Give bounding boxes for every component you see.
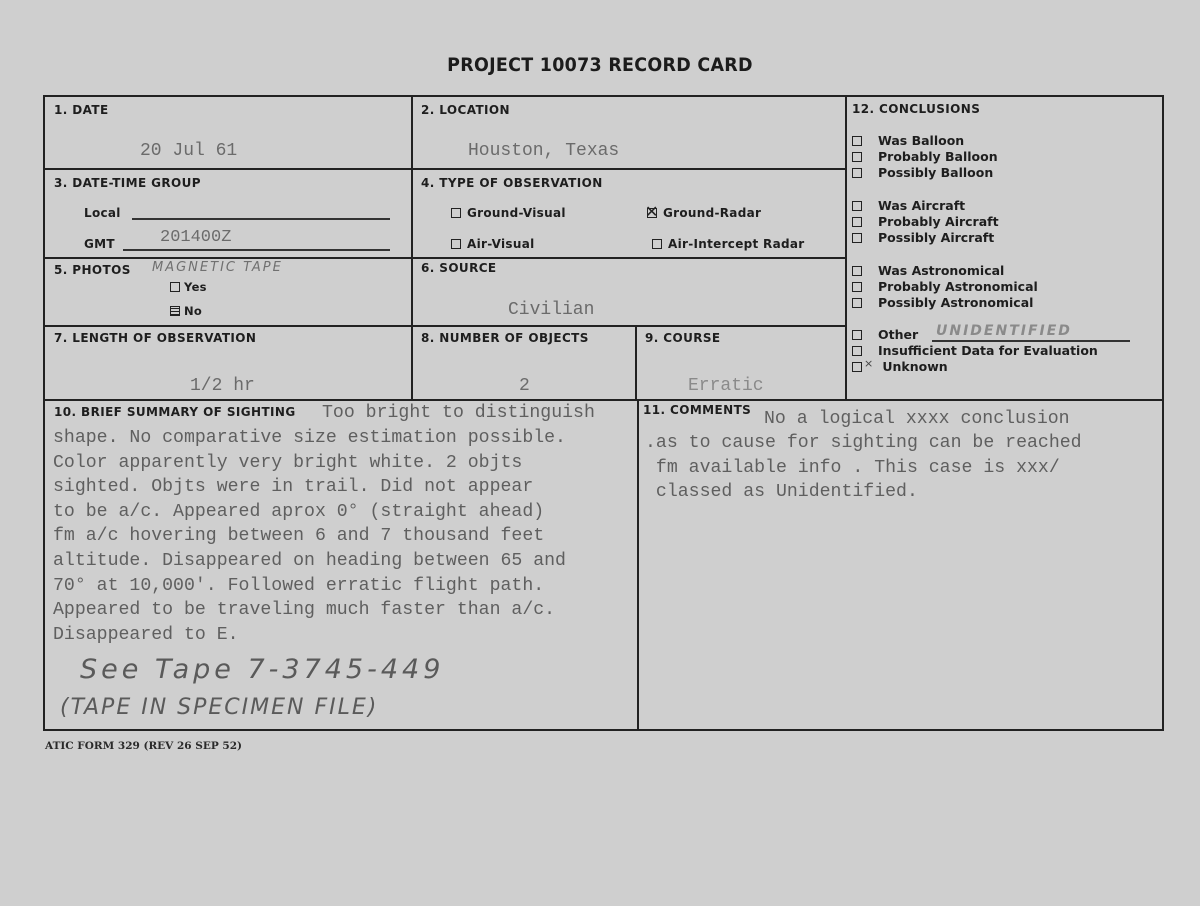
summary-line: to be a/c. Appeared aprox 0° (straight a… xyxy=(53,500,566,525)
date-value: 20 Jul 61 xyxy=(140,141,237,161)
checked-checkbox-icon xyxy=(170,306,180,316)
summary-handwritten-line-1: See Tape 7-3745-449 xyxy=(80,654,444,685)
conclusion-unknown[interactable]: × Unknown xyxy=(852,359,1098,375)
row-divider xyxy=(43,168,846,170)
checkbox-icon xyxy=(852,136,862,146)
gmt-input-line xyxy=(123,249,390,251)
conclusions-group-other: Other UNIDENTIFIED Insufficient Data for… xyxy=(852,327,1098,375)
comments-line: .as to cause for sighting can be reached xyxy=(645,431,1082,456)
summary-line: shape. No comparative size estimation po… xyxy=(53,426,566,451)
source-label: 6. SOURCE xyxy=(421,261,497,275)
border-right xyxy=(1162,95,1164,731)
option-photos-no[interactable]: No xyxy=(170,304,202,318)
row-divider xyxy=(43,325,846,327)
date-time-group-label: 3. DATE-TIME GROUP xyxy=(54,176,201,190)
border-top xyxy=(43,95,1164,97)
conclusion-was-astronomical[interactable]: Was Astronomical xyxy=(852,263,1038,279)
row-divider xyxy=(43,257,846,259)
date-label: 1. DATE xyxy=(54,103,109,117)
checkbox-icon xyxy=(170,282,180,292)
gmt-label: GMT xyxy=(84,237,115,251)
col-divider xyxy=(845,95,847,400)
conclusions-group-aircraft: Was Aircraft Probably Aircraft Possibly … xyxy=(852,198,999,246)
checked-checkbox-icon: ✕ xyxy=(647,208,657,218)
option-air-visual[interactable]: Air-Visual xyxy=(451,237,535,251)
comments-line: fm available info . This case is xxx/ xyxy=(645,456,1082,481)
checkbox-icon xyxy=(451,239,461,249)
summary-body: shape. No comparative size estimation po… xyxy=(53,426,566,647)
summary-handwritten-line-2: (TAPE IN SPECIMEN FILE) xyxy=(60,695,378,720)
course-value: Erratic xyxy=(688,376,764,396)
other-handwritten-value: UNIDENTIFIED xyxy=(936,323,1072,339)
conclusions-group-astronomical: Was Astronomical Probably Astronomical P… xyxy=(852,263,1038,311)
conclusion-possibly-astronomical[interactable]: Possibly Astronomical xyxy=(852,295,1038,311)
conclusion-possibly-aircraft[interactable]: Possibly Aircraft xyxy=(852,230,999,246)
conclusion-insufficient-data[interactable]: Insufficient Data for Evaluation xyxy=(852,343,1098,359)
summary-line: 70° at 10,000'. Followed erratic flight … xyxy=(53,574,566,599)
summary-line: Disappeared to E. xyxy=(53,623,566,648)
conclusions-group-balloon: Was Balloon Probably Balloon Possibly Ba… xyxy=(852,133,998,181)
summary-first-line: Too bright to distinguish xyxy=(322,401,595,426)
card-title: PROJECT 10073 RECORD CARD xyxy=(48,54,1152,76)
conclusion-probably-astronomical[interactable]: Probably Astronomical xyxy=(852,279,1038,295)
summary-label: 10. BRIEF SUMMARY OF SIGHTING xyxy=(54,405,296,419)
source-value: Civilian xyxy=(508,300,594,320)
row-divider xyxy=(43,399,1164,401)
location-label: 2. LOCATION xyxy=(421,103,510,117)
checkbox-icon xyxy=(852,346,862,356)
border-left xyxy=(43,95,45,731)
checkbox-icon xyxy=(852,233,862,243)
length-of-observation-label: 7. LENGTH OF OBSERVATION xyxy=(54,331,256,345)
local-input-line xyxy=(132,218,390,220)
border-bottom xyxy=(43,729,1164,731)
summary-line: Color apparently very bright white. 2 ob… xyxy=(53,451,566,476)
option-air-intercept-radar[interactable]: Air-Intercept Radar xyxy=(652,237,805,251)
conclusion-probably-aircraft[interactable]: Probably Aircraft xyxy=(852,214,999,230)
conclusion-other[interactable]: Other UNIDENTIFIED xyxy=(852,327,1098,343)
summary-line: fm a/c hovering between 6 and 7 thousand… xyxy=(53,524,566,549)
gmt-value: 201400Z xyxy=(160,228,231,247)
summary-line: Appeared to be traveling much faster tha… xyxy=(53,598,566,623)
checkbox-icon xyxy=(652,239,662,249)
type-of-observation-label: 4. TYPE OF OBSERVATION xyxy=(421,176,603,190)
option-photos-yes[interactable]: Yes xyxy=(170,280,207,294)
local-label: Local xyxy=(84,206,121,220)
checkbox-icon xyxy=(852,152,862,162)
comments-body: .as to cause for sighting can be reached… xyxy=(645,431,1082,505)
conclusions-label: 12. CONCLUSIONS xyxy=(852,102,980,116)
length-of-observation-value: 1/2 hr xyxy=(190,376,255,396)
checkbox-icon xyxy=(852,217,862,227)
col-divider xyxy=(635,325,637,400)
form-number: ATIC FORM 329 (REV 26 SEP 52) xyxy=(45,740,242,752)
comments-label: 11. COMMENTS xyxy=(643,403,751,417)
option-ground-visual[interactable]: Ground-Visual xyxy=(451,206,566,220)
checked-checkbox-icon xyxy=(852,362,862,372)
photos-handwritten-note: MAGNETIC TAPE xyxy=(152,260,283,275)
photos-label: 5. PHOTOS xyxy=(54,263,131,277)
number-of-objects-label: 8. NUMBER OF OBJECTS xyxy=(421,331,589,345)
other-input-line xyxy=(932,340,1130,342)
number-of-objects-value: 2 xyxy=(519,376,530,396)
option-ground-radar[interactable]: ✕Ground-Radar xyxy=(647,206,761,220)
comments-first-line: No a logical xxxx conclusion xyxy=(764,407,1070,432)
col-divider xyxy=(411,95,413,400)
checkbox-icon xyxy=(852,282,862,292)
summary-line: sighted. Objts were in trail. Did not ap… xyxy=(53,475,566,500)
conclusion-was-aircraft[interactable]: Was Aircraft xyxy=(852,198,999,214)
checkbox-icon xyxy=(852,330,862,340)
location-value: Houston, Texas xyxy=(468,141,619,161)
checkbox-icon xyxy=(852,266,862,276)
checkbox-icon xyxy=(852,298,862,308)
summary-line: altitude. Disappeared on heading between… xyxy=(53,549,566,574)
checkbox-icon xyxy=(852,201,862,211)
x-mark-icon: × xyxy=(864,356,873,372)
conclusion-was-balloon[interactable]: Was Balloon xyxy=(852,133,998,149)
checkbox-icon xyxy=(852,168,862,178)
checkbox-icon xyxy=(451,208,461,218)
col-divider xyxy=(637,399,639,730)
x-mark-icon: ✕ xyxy=(645,202,659,221)
comments-line: classed as Unidentified. xyxy=(645,480,1082,505)
conclusion-possibly-balloon[interactable]: Possibly Balloon xyxy=(852,165,998,181)
course-label: 9. COURSE xyxy=(645,331,721,345)
conclusion-probably-balloon[interactable]: Probably Balloon xyxy=(852,149,998,165)
